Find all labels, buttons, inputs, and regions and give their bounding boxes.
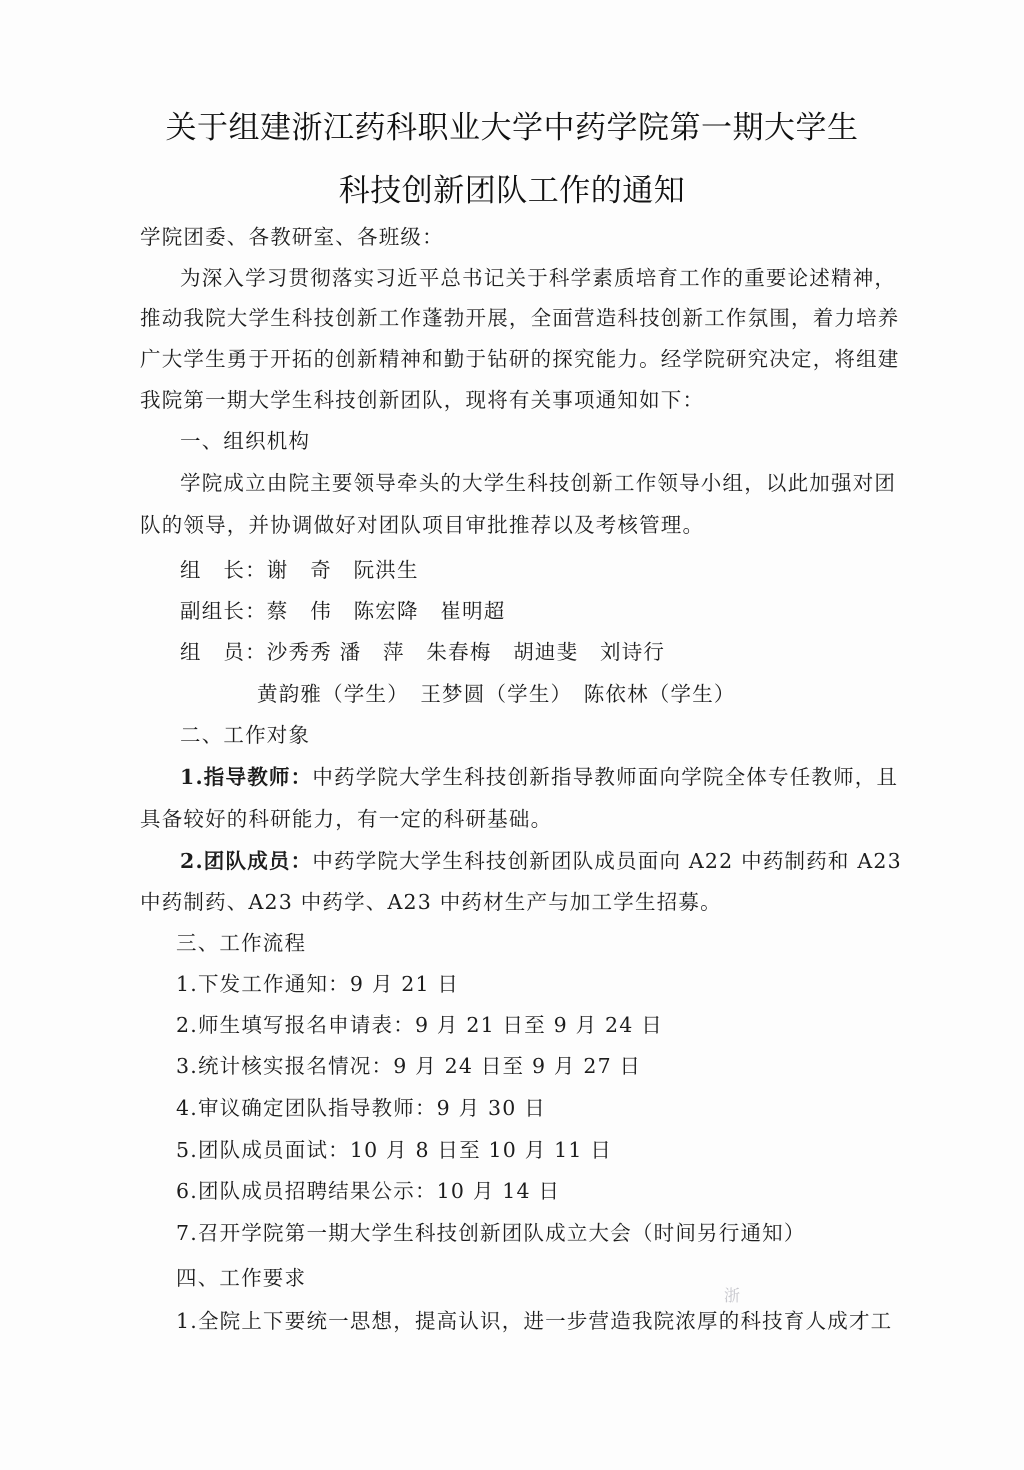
salutation: 学院团委、各教研室、各班级： [140,220,444,250]
targets-item-2-continued: 中药制药、A23 中药学、A23 中药材生产与加工学生招募。 [140,885,722,915]
organization-paragraph-line: 学院成立由院主要领导牵头的大学生科技创新工作领导小组，以此加强对团 [180,466,896,496]
workflow-step: 2.师生填写报名申请表：9 月 21 日至 9 月 24 日 [176,1008,663,1038]
document-title-line-2: 科技创新团队工作的通知 [0,165,1024,210]
targets-item-1-continued: 具备较好的科研能力，有一定的科研基础。 [140,802,552,832]
group-leader-line: 组 长：谢 奇 阮洪生 [180,553,419,583]
section-heading-organization: 一、组织机构 [180,424,310,454]
organization-paragraph-line: 队的领导，并协调做好对团队项目审批推荐以及考核管理。 [140,508,704,538]
document-title-line-1: 关于组建浙江药科职业大学中药学院第一期大学生 [0,102,1024,147]
requirements-item-1: 1.全院上下要统一思想，提高认识，进一步营造我院浓厚的科技育人成才工 [176,1304,892,1334]
targets-item-2-text: 中药学院大学生科技创新团队成员面向 A22 中药制药和 A23 [312,849,902,873]
deputy-leader-line: 副组长：蔡 伟 陈宏降 崔明超 [180,594,506,624]
section-heading-targets: 二、工作对象 [180,718,310,748]
document-page: 关于组建浙江药科职业大学中药学院第一期大学生 科技创新团队工作的通知 学院团委、… [0,0,1024,1470]
intro-paragraph-line: 为深入学习贯彻落实习近平总书记关于科学素质培育工作的重要论述精神， [180,261,896,291]
intro-paragraph-line: 我院第一期大学生科技创新团队，现将有关事项通知如下： [140,383,704,413]
workflow-step: 5.团队成员面试：10 月 8 日至 10 月 11 日 [176,1133,612,1163]
targets-item-1: 1.指导教师：中药学院大学生科技创新指导教师面向学院全体专任教师，且 [180,760,898,790]
seal-stamp-mark: 浙 [724,1283,740,1306]
members-line: 组 员：沙秀秀 潘 萍 朱春梅 胡迪斐 刘诗行 [180,635,665,665]
targets-item-2: 2.团队成员：中药学院大学生科技创新团队成员面向 A22 中药制药和 A23 [180,844,902,874]
workflow-step: 3.统计核实报名情况：9 月 24 日至 9 月 27 日 [176,1049,641,1079]
workflow-step: 4.审议确定团队指导教师：9 月 30 日 [176,1091,546,1121]
workflow-step: 7.召开学院第一期大学生科技创新团队成立大会（时间另行通知） [176,1216,806,1246]
targets-item-1-text: 中药学院大学生科技创新指导教师面向学院全体专任教师，且 [312,765,898,789]
targets-item-1-label: 1.指导教师： [180,765,312,789]
student-members-line: 黄韵雅（学生） 王梦圆（学生） 陈依林（学生） [257,677,736,707]
section-heading-workflow: 三、工作流程 [176,926,306,956]
intro-paragraph-line: 广大学生勇于开拓的创新精神和勤于钻研的探究能力。经学院研究决定，将组建 [140,342,900,372]
workflow-step: 6.团队成员招聘结果公示：10 月 14 日 [176,1174,560,1204]
section-heading-requirements: 四、工作要求 [176,1261,306,1291]
workflow-step: 1.下发工作通知：9 月 21 日 [176,967,459,997]
targets-item-2-label: 2.团队成员： [180,849,312,873]
intro-paragraph-line: 推动我院大学生科技创新工作蓬勃开展，全面营造科技创新工作氛围，着力培养 [140,301,900,331]
